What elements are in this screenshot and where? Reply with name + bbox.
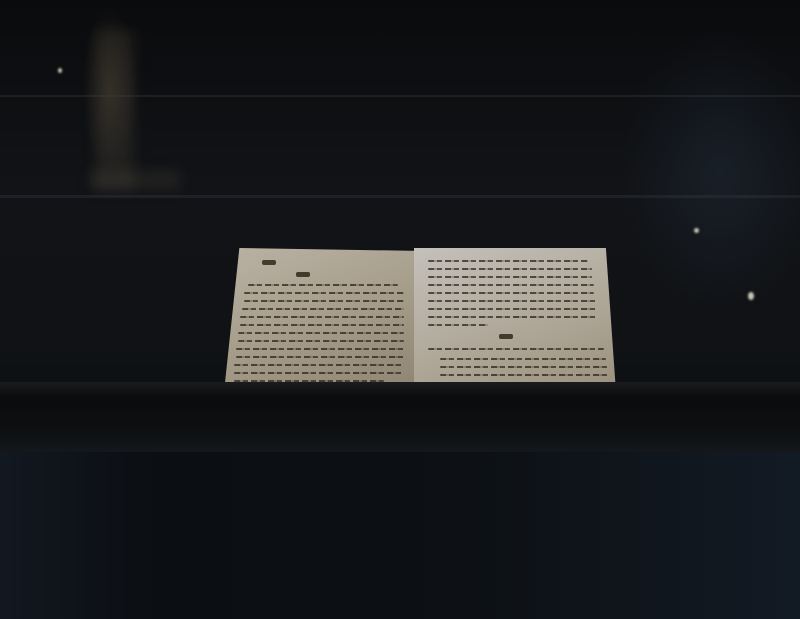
manuscript [224, 248, 616, 392]
light-glint [58, 68, 62, 73]
shelf-line [0, 95, 800, 97]
page-heading-mark [262, 260, 276, 265]
manuscript-right-page [414, 248, 616, 392]
display-case-edge [0, 382, 800, 396]
section-mark [499, 334, 513, 339]
section-mark [296, 272, 310, 277]
light-glint [748, 292, 754, 300]
light-glint [694, 228, 699, 233]
museum-display-case [0, 0, 800, 619]
manuscript-left-page [224, 248, 416, 392]
glass-reflection [95, 30, 135, 190]
glass-reflection [90, 170, 180, 190]
display-case-front-glass [0, 452, 800, 619]
display-case-base [0, 396, 800, 452]
shelf-line [0, 195, 800, 198]
